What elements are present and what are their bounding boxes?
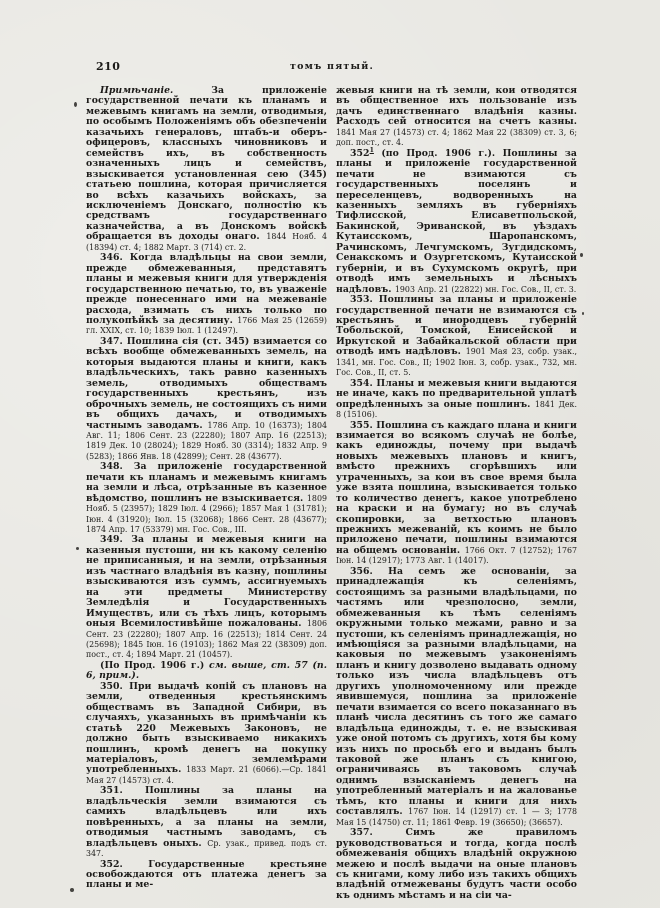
scan-artifact	[70, 888, 74, 892]
article-number: 349.	[100, 534, 123, 545]
article-number: 352.	[100, 859, 123, 870]
paragraph: 356. На семъ же основаніи, за принадлежа…	[336, 567, 577, 828]
text-run: (По Прод. 1906 г.)	[100, 660, 209, 671]
text-run: жевыя книги на тѣ земли, кои отводятся в…	[336, 85, 577, 127]
paragraph: 352. Государственные крестьяне освобожда…	[86, 860, 327, 891]
paragraph: (По Прод. 1906 г.) см. выше, ст. 57 (п. …	[86, 661, 327, 682]
paragraph: 349. За планы и межевыя книги на казенны…	[86, 535, 327, 660]
scan-artifact	[74, 102, 77, 107]
paragraph: жевыя книги на тѣ земли, кои отводятся в…	[336, 86, 577, 149]
right-column: жевыя книги на тѣ земли, кои отводятся в…	[336, 86, 577, 901]
paragraph: Примѣчаніе. За приложеніе государственно…	[86, 86, 327, 253]
text-run: На семъ же основаніи, за принадлежащія к…	[336, 566, 577, 817]
text-run: При выдачѣ копій съ плановъ на земли, от…	[86, 681, 327, 776]
article-number: 355.	[350, 420, 373, 431]
scanned-document-page: 210 томъ пятый. Примѣчаніе. За приложені…	[0, 0, 660, 908]
article-number: 351.	[100, 785, 123, 796]
text-run: За планы и межевыя книги на казенныя пус…	[86, 534, 327, 629]
article-number: 352	[350, 148, 370, 159]
text-run: За приложеніе государственной печати къ …	[86, 461, 327, 503]
text-run: Когда владѣльцы на свои земли, прежде об…	[86, 252, 327, 326]
article-number: 350.	[100, 681, 123, 692]
article-number: 356.	[350, 566, 373, 577]
text-run: (по Прод. 1906 г.). Пошлины за планы и п…	[336, 148, 577, 295]
article-number: 347.	[100, 336, 123, 347]
paragraph: 351. Пошлины за планы на владѣльческія з…	[86, 786, 327, 859]
scan-artifact	[76, 547, 79, 550]
paragraph: 348. За приложеніе государственной печат…	[86, 462, 327, 535]
scan-artifact	[580, 253, 583, 257]
paragraph: 355. Пошлина съ каждаго плана и книги вз…	[336, 421, 577, 567]
text-run: Пошлина сія (ст. 345) взимается со всѣхъ…	[86, 336, 327, 431]
text-run: Примѣчаніе.	[100, 85, 173, 96]
paragraph: 353. Пошлины за планы и приложеніе госуд…	[336, 295, 577, 379]
article-number: 353.	[350, 294, 373, 305]
running-head: 210 томъ пятый.	[86, 60, 578, 76]
article-number: 354.	[350, 378, 373, 389]
page-title: томъ пятый.	[86, 61, 578, 72]
article-number: 357.	[350, 827, 373, 838]
text-run: Симъ же правиломъ руководствоваться и то…	[336, 827, 577, 901]
paragraph: 357. Симъ же правиломъ руководствоваться…	[336, 828, 577, 901]
article-number: 346.	[100, 252, 123, 263]
paragraph: 346. Когда владѣльцы на свои земли, преж…	[86, 253, 327, 337]
article-number: 348.	[100, 461, 123, 472]
paragraph: 350. При выдачѣ копій съ плановъ на земл…	[86, 682, 327, 787]
citation-text: 1903 Апр. 21 (22822) мн. Гос. Сов., II, …	[395, 285, 576, 294]
text-run: Государственные крестьяне освобождаются …	[86, 859, 327, 891]
citation-text: 1841 Мая 27 (14573) ст. 4; 1862 Мая 22 (…	[336, 128, 577, 147]
paragraph: 3521 (по Прод. 1906 г.). Пошлины за план…	[336, 149, 577, 295]
paragraph: 347. Пошлина сія (ст. 345) взимается со …	[86, 337, 327, 462]
text-run: За приложеніе государственной печати къ …	[86, 85, 327, 242]
left-column: Примѣчаніе. За приложеніе государственно…	[86, 86, 327, 901]
scan-artifact	[582, 312, 584, 315]
text-block: Примѣчаніе. За приложеніе государственно…	[86, 86, 578, 901]
paragraph: 354. Планы и межевыя книги выдаются не и…	[336, 379, 577, 421]
text-run: Пошлина съ каждаго плана и книги взимает…	[336, 420, 577, 556]
